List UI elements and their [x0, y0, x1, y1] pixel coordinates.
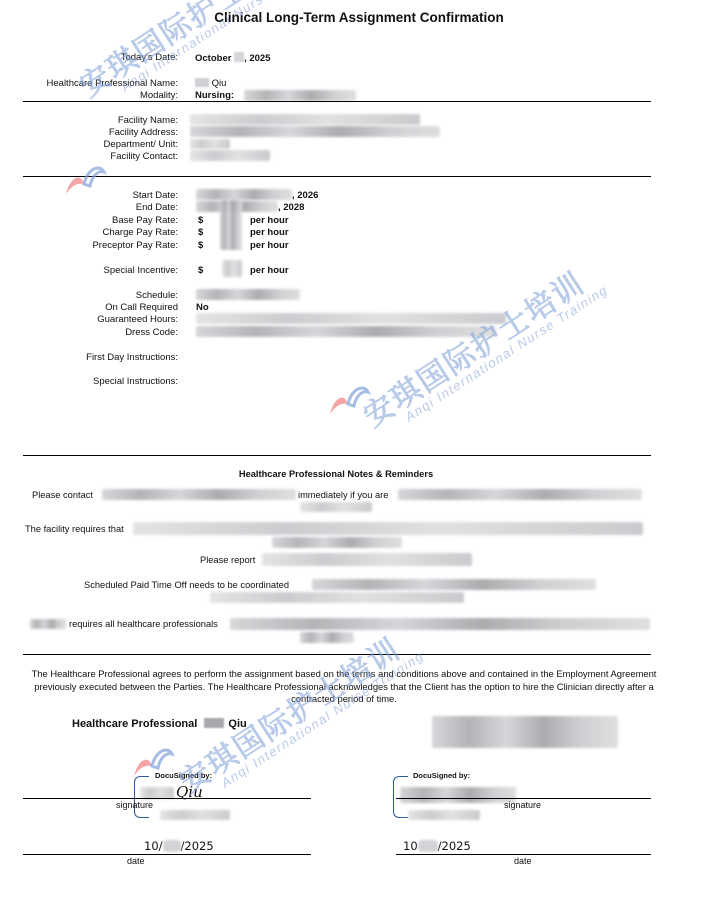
- redacted-dress-code: [196, 326, 496, 337]
- facility-address-label: Facility Address:: [0, 127, 178, 138]
- redacted-facility-name: [190, 114, 420, 125]
- redacted-day: [234, 52, 244, 62]
- preceptor-pay-unit: per hour: [250, 240, 289, 251]
- name-label: Healthcare Professional Name:: [0, 78, 178, 89]
- note-requires-all: requires all healthcare professionals: [69, 619, 218, 629]
- hp-date-year: /2025: [181, 839, 214, 853]
- watermark-en: Anqi International Nurse Training: [402, 282, 610, 425]
- redacted-facility-requirement: [133, 522, 643, 535]
- date-line: [23, 854, 311, 855]
- document-title: Clinical Long-Term Assignment Confirmati…: [0, 10, 718, 25]
- redacted-guaranteed-hours: [196, 313, 506, 324]
- redacted-client-signer: [432, 716, 618, 748]
- redacted-company: [30, 619, 66, 629]
- incentive-currency: $: [198, 265, 203, 276]
- date-label: date: [514, 856, 532, 866]
- redacted-requirement-2: [300, 632, 354, 643]
- butterfly-logo-icon: [130, 742, 176, 782]
- note-facility-requires: The facility requires that: [25, 524, 124, 534]
- redacted-department: [190, 139, 230, 149]
- date-label: date: [127, 856, 145, 866]
- redacted-envelope-id: [160, 810, 230, 820]
- signature-line: [23, 798, 311, 799]
- divider: [23, 455, 651, 456]
- on-call-value: No: [196, 302, 209, 313]
- date-year: , 2025: [244, 53, 270, 64]
- redacted-contact: [190, 150, 270, 161]
- watermark: 安琪国际护士培训 Anqi International Nurse Traini…: [169, 616, 426, 809]
- signature-line: [396, 798, 651, 799]
- agreement-text: The Healthcare Professional agrees to pe…: [30, 668, 658, 706]
- last-name: Qiu: [212, 78, 227, 89]
- redacted-first-name: [195, 78, 209, 87]
- date-line: [396, 854, 651, 855]
- name-value: Qiu: [195, 78, 226, 89]
- redacted-pay-rates: [220, 200, 242, 250]
- first-day-instructions-label: First Day Instructions:: [0, 352, 178, 363]
- divider: [23, 176, 651, 177]
- hp-name: Qiu: [228, 718, 246, 730]
- redacted-pto-detail-2: [210, 592, 464, 603]
- redacted-modality: [244, 90, 356, 101]
- redacted-contact-reason: [398, 489, 642, 500]
- base-pay-unit: per hour: [250, 215, 289, 226]
- signature-label: signature: [116, 800, 153, 810]
- divider: [23, 654, 651, 655]
- end-date-label: End Date:: [0, 202, 178, 213]
- redacted-report-location: [262, 553, 472, 566]
- incentive-unit: per hour: [250, 265, 289, 276]
- redacted-start-date: [196, 189, 292, 200]
- start-year: , 2026: [292, 190, 318, 201]
- docusign-label: DocuSigned by:: [413, 771, 470, 780]
- date-month: October: [195, 53, 231, 64]
- base-pay-label: Base Pay Rate:: [0, 215, 178, 226]
- modality-value: Nursing:: [195, 90, 234, 101]
- note-contact-prefix: Please contact: [32, 490, 93, 500]
- charge-pay-label: Charge Pay Rate:: [0, 227, 178, 238]
- guaranteed-hours-label: Guaranteed Hours:: [0, 314, 178, 325]
- client-date-year: /2025: [438, 839, 471, 853]
- butterfly-logo-icon: [326, 380, 372, 420]
- redacted-incentive: [222, 260, 242, 277]
- redacted-facility-address: [190, 126, 440, 137]
- hp-date-month: 10/: [144, 839, 163, 853]
- redacted-client-signature[interactable]: [400, 787, 516, 803]
- note-please-report: Please report: [200, 555, 255, 565]
- client-date-value: 10/2025: [403, 839, 471, 853]
- hp-date-value: 10//2025: [144, 839, 214, 853]
- redacted-contact-reason-2: [300, 502, 372, 512]
- facility-name-label: Facility Name:: [0, 115, 178, 126]
- notes-heading: Healthcare Professional Notes & Reminder…: [0, 469, 672, 479]
- department-unit-label: Department/ Unit:: [0, 139, 178, 150]
- on-call-label: On Call Required: [0, 302, 178, 313]
- special-instructions-label: Special Instructions:: [0, 376, 178, 387]
- todays-date-label: Today's Date:: [0, 52, 178, 63]
- client-date-month: 10: [403, 839, 418, 853]
- redacted-envelope-id: [408, 810, 480, 820]
- modality-label: Modality:: [0, 90, 178, 101]
- hp-label: Healthcare Professional: [72, 718, 197, 730]
- divider: [23, 101, 651, 102]
- special-incentive-label: Special Incentive:: [0, 265, 178, 276]
- redacted-pto-detail: [312, 579, 596, 590]
- hp-signer-label: Healthcare Professional Qiu: [72, 718, 247, 730]
- redacted-schedule: [196, 289, 300, 300]
- redacted-first-name: [204, 718, 224, 728]
- watermark: 安琪国际护士培训 Anqi International Nurse Traini…: [353, 250, 610, 443]
- butterfly-logo-icon: [62, 160, 108, 200]
- redacted-day: [163, 840, 181, 852]
- redacted-contact-name: [102, 489, 296, 500]
- watermark-cn: 安琪国际护士培训: [358, 267, 591, 434]
- redacted-day: [418, 840, 438, 852]
- note-contact-mid: immediately if you are: [298, 490, 388, 500]
- charge-pay-currency: $: [198, 227, 203, 238]
- preceptor-pay-currency: $: [198, 240, 203, 251]
- signature-label: signature: [504, 800, 541, 810]
- charge-pay-unit: per hour: [250, 227, 289, 238]
- redacted-requirement: [230, 618, 650, 630]
- preceptor-pay-label: Preceptor Pay Rate:: [0, 240, 178, 251]
- todays-date-value: October , 2025: [195, 52, 271, 64]
- schedule-label: Schedule:: [0, 290, 178, 301]
- dress-code-label: Dress Code:: [0, 327, 178, 338]
- end-year: , 2028: [278, 202, 304, 213]
- base-pay-currency: $: [198, 215, 203, 226]
- redacted-facility-requirement-2: [272, 537, 402, 548]
- note-pto: Scheduled Paid Time Off needs to be coor…: [84, 580, 289, 590]
